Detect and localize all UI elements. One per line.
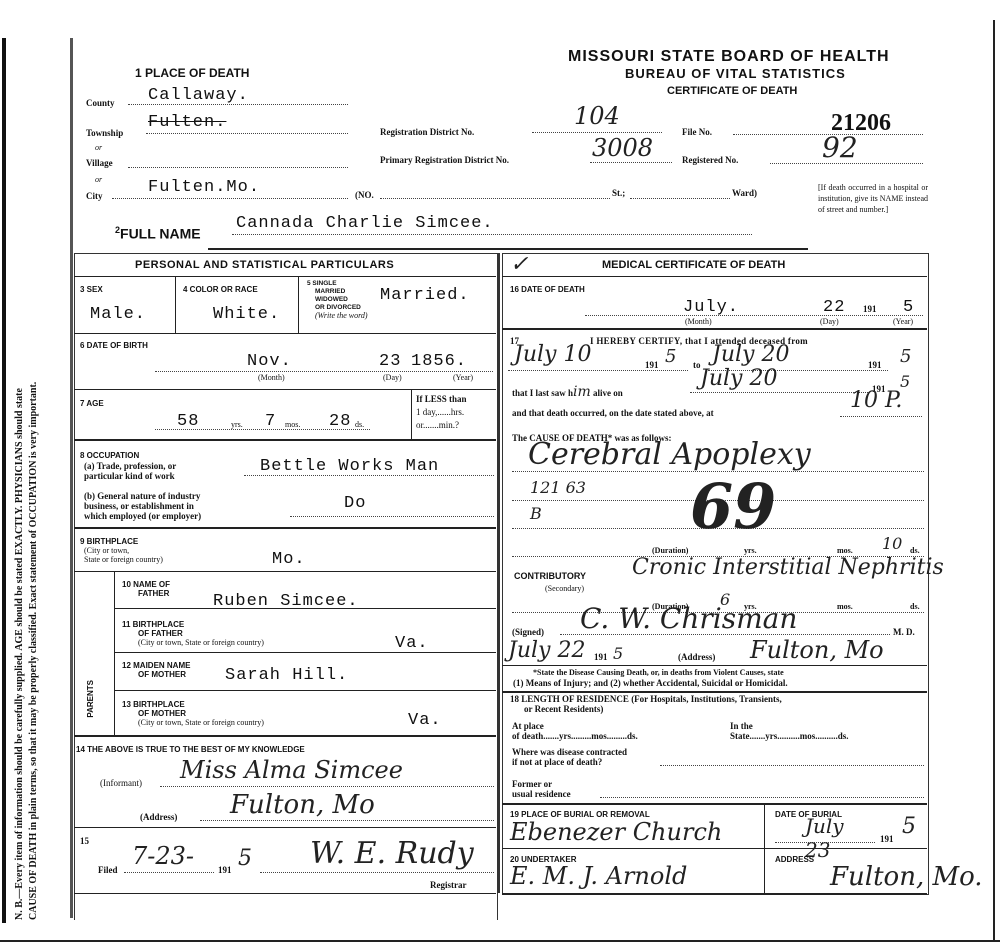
dod-field[interactable]: July. 22 191 5 [585,300,923,316]
divider [74,389,496,390]
death-occurred-text: and that death occurred, on the date sta… [512,408,714,418]
village-label: Village [86,158,113,168]
county-value: Callaway. [148,86,249,105]
registered-no-field[interactable]: 92 [770,151,923,164]
ward-field[interactable] [630,188,730,199]
signed-year-prefix: 191 [594,652,608,662]
divider [502,328,927,330]
certificate-title: CERTIFICATE OF DEATH [667,85,797,97]
registrar-label: Registrar [430,880,466,890]
check-mark-icon: ✓ [510,252,528,277]
full-name-field[interactable]: Cannada Charlie Simcee. [232,216,752,235]
township-label: Township [86,128,123,138]
father-birthplace-value[interactable]: Va. [395,634,429,653]
full-name-value: Cannada Charlie Simcee. [236,214,494,233]
divider [74,893,496,894]
informant-address-value: Fulton, Mo [230,790,375,820]
dod-label: 16 DATE OF DEATH [510,285,585,294]
undertaker-address-label: ADDRESS [775,855,814,864]
less-than-day-box[interactable]: If LESS than 1 day,......hrs. or.......m… [416,393,467,432]
divider [74,276,496,277]
divider [175,276,176,333]
burial-year-prefix: 191 [880,834,894,844]
divider [114,652,496,653]
age-months: 7 [265,412,276,431]
father-birthplace-label: 11 BIRTHPLACEOF FATHER (City or town, St… [122,620,264,647]
divider [411,389,412,439]
occupation-b-field[interactable]: Do [290,496,494,517]
file-no-label: File No. [682,127,712,137]
divider [74,827,496,828]
or-label-2: or [95,175,102,184]
city-value: Fulten.Mo. [148,178,260,197]
dob-year: 1856. [411,352,467,371]
occupation-b-value: Do [344,494,366,513]
ward-label: Ward) [732,188,757,198]
primary-district-label: Primary Registration District No. [380,155,509,165]
occupation-a-label: (a) Trade, profession, orparticular kind… [84,461,176,481]
dod-month: July. [683,298,739,317]
mother-name-label: 12 MAIDEN NAMEOF MOTHER [122,661,190,679]
divider [502,893,927,895]
divider [298,276,299,333]
time-of-death-value: 10 P. [850,388,902,413]
burial-place-value[interactable]: Ebenezer Church [510,818,722,846]
attended-to-year-prefix: 191 [868,360,882,370]
attended-from-field[interactable]: July 10 [508,356,688,371]
duration-days-value: 10 [882,534,902,553]
occupation-a-value: Bettle Works Man [260,457,439,476]
township-value: Fulten. [148,113,226,132]
contributory-value[interactable]: Cronic Interstitial Nephritis [632,555,944,580]
sex-label: 3 SEX [80,285,103,294]
city-label: City [86,191,103,201]
registration-district-label: Registration District No. [380,127,474,137]
dob-month: Nov. [247,352,292,371]
left-border-bar [2,38,6,923]
board-title: MISSOURI STATE BOARD OF HEALTH [568,48,890,66]
physician-signature: C. W. Chrisman [580,602,797,635]
bureau-title: BUREAU OF VITAL STATISTICS [625,66,846,81]
attended-from-value: July 10 [514,342,591,367]
mother-birthplace-label: 13 BIRTHPLACEOF MOTHER (City or town, St… [122,700,264,727]
contracted-label: Where was disease contractedif not at pl… [512,747,627,767]
age-label: 7 AGE [80,399,104,408]
burial-date-value: July 23 [805,814,875,862]
divider [502,803,927,805]
dob-day: 23 [379,352,401,371]
birthplace-label: 9 BIRTHPLACE [80,537,138,546]
primary-district-value: 3008 [592,134,653,162]
divider [502,665,927,666]
form-bottom-border [0,940,1000,942]
divider [502,848,927,849]
secondary-label: (Secondary) [545,584,584,593]
last-saw-value: July 20 [700,366,777,391]
former-residence-field[interactable] [600,789,924,798]
registrar-signature: W. E. Rudy [310,836,474,871]
column-divider [497,253,500,893]
divider [74,735,496,737]
signed-label: (Signed) [512,627,544,637]
personal-title: PERSONAL AND STATISTICAL PARTICULARS [135,259,394,271]
age-days: 28 [329,412,351,431]
medical-title: MEDICAL CERTIFICATE OF DEATH [602,259,785,271]
signed-address[interactable]: Fulton, Mo [750,636,884,664]
county-label: County [86,98,115,108]
filed-date-value: 7-23- [132,842,194,870]
informant-value: Miss Alma Simcee [180,756,403,784]
form-left-border [70,38,73,918]
attended-to-value: July 20 [712,342,789,367]
father-name-label: 10 NAME OFFATHER [122,580,170,598]
divider [114,690,496,691]
at-place-of-death[interactable]: At placeof death.......yrs.........mos..… [512,721,638,741]
hospital-note: [If death occurred in a hospital or inst… [818,182,928,215]
dod-day-caption: (Day) [820,317,839,326]
cause-line-3 [512,516,924,529]
contributory-label: CONTRIBUTORY [514,571,586,581]
dob-month-caption: (Month) [258,373,285,382]
race-value[interactable]: White. [213,305,280,324]
former-residence-label: Former orusual residence [512,779,571,799]
burial-date-field[interactable]: July 23 [775,832,875,843]
dod-year: 5 [903,298,914,317]
marital-value[interactable]: Married. [380,286,470,305]
age-field[interactable]: 58 yrs. 7 mos. 28 ds. [155,414,370,430]
race-label: 4 COLOR OR RACE [183,285,258,294]
occupation-a-field[interactable]: Bettle Works Man [244,458,494,476]
divider [502,691,927,693]
last-saw-text: that I last saw him alive on [512,384,623,400]
side-note-line1: N. B.—Every item of information should b… [14,40,25,920]
filed-num-label: 15 [80,836,89,846]
filed-year-value[interactable]: 5 [238,846,252,871]
attended-to-year: 5 [900,346,911,367]
place-of-death-title: 1 PLACE OF DEATH [135,66,249,80]
township-field[interactable]: Fulten. [146,117,348,134]
footnote-2: (1) Means of Injury; and (2) whether Acc… [513,678,788,688]
divider [114,571,115,736]
dod-year-prefix: 191 [863,304,877,314]
contracted-field[interactable] [660,757,924,766]
age-years: 58 [177,412,199,431]
divider [114,608,496,609]
signed-year: 5 [613,644,623,663]
md-label: M. D. [893,627,915,637]
mother-name-value[interactable]: Sarah Hill. [225,666,348,685]
divider [74,571,496,572]
county-field[interactable]: Callaway. [128,88,348,105]
divider [74,333,496,334]
classification-stamp: 69 [690,470,776,543]
footnote-1: *State the Disease Causing Death, or, in… [533,668,784,677]
full-name-label: 2FULL NAME [115,225,201,242]
filed-label: Filed [98,865,118,875]
undertaker-address-value[interactable]: Fulton, Mo. [830,862,983,892]
signed-date[interactable]: July 22 [508,638,585,663]
attended-from-year: 5 [665,346,676,367]
undertaker-value[interactable]: E. M. J. Arnold [510,862,687,890]
divider [502,276,927,277]
occupation-b-label: (b) General nature of industrybusiness, … [84,491,201,521]
street-no-field[interactable] [380,188,610,199]
informant-address-label: (Address) [140,812,177,822]
informant-title: 14 THE ABOVE IS TRUE TO THE BEST OF MY K… [76,745,305,754]
registration-district-value: 104 [574,102,620,130]
birthplace-sublabel: (City or town,State or foreign country) [84,546,163,564]
time-of-death-field[interactable]: 10 P. [840,404,922,417]
informant-field[interactable]: Miss Alma Simcee [160,770,494,787]
city-field[interactable]: Fulten.Mo. [112,180,348,199]
dod-year-caption: (Year) [893,317,913,326]
occupation-label: 8 OCCUPATION [80,451,139,460]
birthplace-value[interactable]: Mo. [272,550,306,569]
form-right-border [993,20,995,940]
parents-label: PARENTS [86,680,95,718]
last-saw-field[interactable]: July 20 [690,380,870,393]
duration-label: (Duration) [652,546,688,555]
signed-address-label: (Address) [678,652,715,662]
side-note-line2: CAUSE OF DEATH in plain terms, so that i… [28,40,39,920]
burial-year-value: 5 [902,814,916,839]
dob-field[interactable]: Nov. 23 1856. [155,354,493,372]
street-no-label: (NO. [355,190,374,200]
filed-date-field[interactable]: 7-23- [124,858,214,873]
dod-month-caption: (Month) [685,317,712,326]
divider [74,527,496,529]
sex-value[interactable]: Male. [90,305,146,324]
residence-title: 18 LENGTH OF RESIDENCE (For Hospitals, I… [510,694,782,714]
dob-year-caption: (Year) [453,373,473,382]
registered-no-value: 92 [822,131,858,164]
marital-label: 5 SINGLE MARRIED WIDOWED OR DIVORCED (Wr… [307,280,368,320]
primary-district-field[interactable]: 3008 [590,150,672,163]
registration-district-field[interactable]: 104 [532,118,662,133]
dob-label: 6 DATE OF BIRTH [80,341,148,350]
divider [74,439,496,441]
registered-no-label: Registered No. [682,155,738,165]
attended-from-year-prefix: 191 [645,360,659,370]
in-state[interactable]: In theState.......yrs..........mos......… [730,721,849,741]
or-label-1: or [95,143,102,152]
signed-field[interactable]: C. W. Chrisman [560,622,890,635]
informant-label: (Informant) [100,778,142,788]
section-divider-top [208,248,808,250]
village-field[interactable] [128,153,348,168]
filed-year-prefix: 191 [218,865,232,875]
dod-day: 22 [823,298,845,317]
dob-day-caption: (Day) [383,373,402,382]
registrar-field[interactable]: W. E. Rudy [260,858,494,873]
informant-address-field[interactable]: Fulton, Mo [200,804,494,821]
street-label: St.; [612,188,625,198]
mother-birthplace-value[interactable]: Va. [408,711,442,730]
cause-value: Cerebral Apoplexy [528,437,811,472]
